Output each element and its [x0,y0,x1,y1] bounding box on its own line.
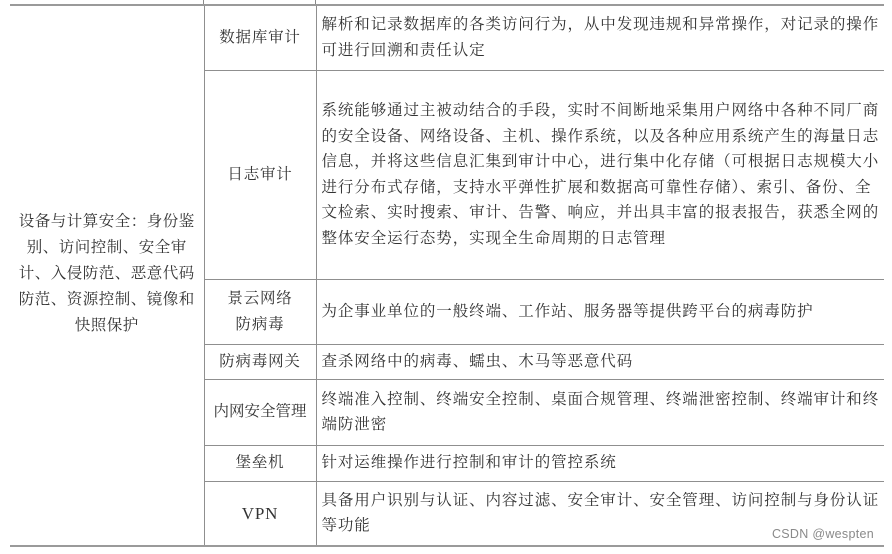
description-cell: 为企事业单位的一般终端、工作站、服务器等提供跨平台的病毒防护 [316,279,884,344]
description-cell: 针对运维操作进行控制和审计的管控系统 [316,445,884,481]
product-cell: 防病毒网关 [204,344,316,379]
watermark: CSDN @wespten [772,527,874,541]
table-row: 设备与计算安全：身份鉴别、访问控制、安全审计、入侵防范、恶意代码防范、资源控制、… [10,6,884,70]
description-cell: 查杀网络中的病毒、蠕虫、木马等恶意代码 [316,344,884,379]
product-cell: 日志审计 [204,70,316,279]
category-cell: 设备与计算安全：身份鉴别、访问控制、安全审计、入侵防范、恶意代码防范、资源控制、… [10,6,204,545]
product-text: 景云网络防病毒 [205,286,316,337]
security-products-table: 设备与计算安全：身份鉴别、访问控制、安全审计、入侵防范、恶意代码防范、资源控制、… [10,6,884,545]
document-page: 设备与计算安全：身份鉴别、访问控制、安全审计、入侵防范、恶意代码防范、资源控制、… [10,0,884,554]
product-cell: VPN [204,481,316,545]
product-cell: 数据库审计 [204,6,316,70]
product-cell: 堡垒机 [204,445,316,481]
product-cell: 景云网络防病毒 [204,279,316,344]
description-cell: 解析和记录数据库的各类访问行为，从中发现违规和异常操作，对记录的操作可进行回溯和… [316,6,884,70]
product-cell: 内网安全管理 [204,379,316,445]
category-text: 设备与计算安全：身份鉴别、访问控制、安全审计、入侵防范、恶意代码防范、资源控制、… [16,208,198,338]
table-bottom-rule [10,545,884,547]
description-cell: 终端准入控制、终端安全控制、桌面合规管理、终端泄密控制、终端审计和终端防泄密 [316,379,884,445]
description-cell: 系统能够通过主被动结合的手段，实时不间断地采集用户网络中各种不同厂商的安全设备、… [316,70,884,279]
